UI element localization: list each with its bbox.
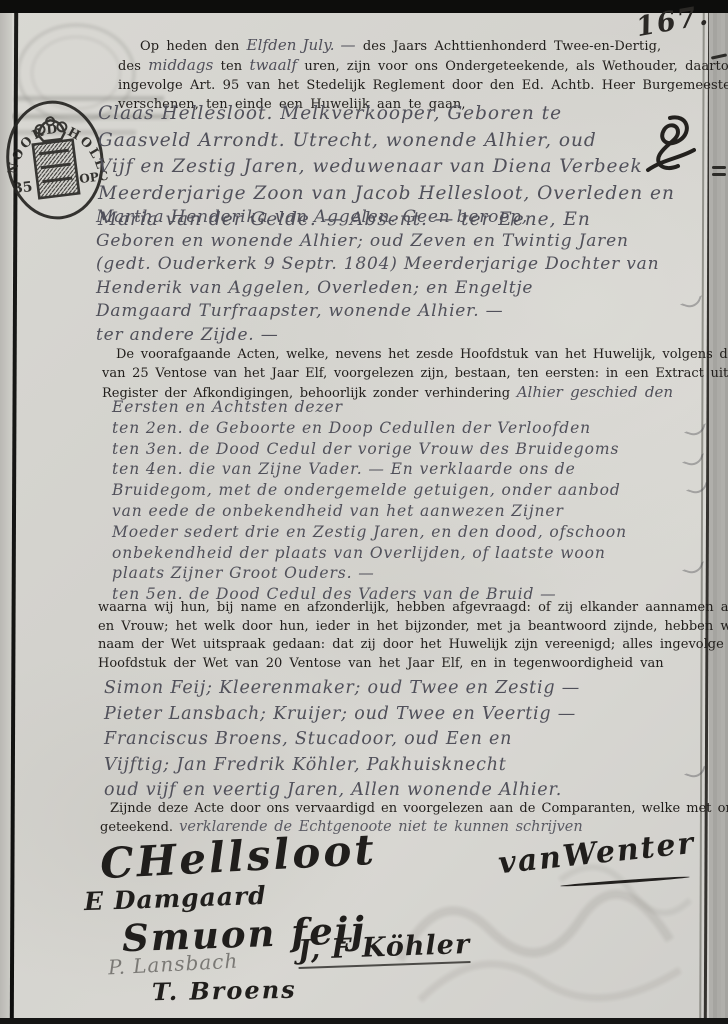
text-line: Martha Henderika van Aggelen. Geen beroe… (96, 206, 716, 230)
signature-broens: T. Broens (152, 975, 297, 1007)
text-line: des middags ten twaalf uren, zijn voor o… (118, 56, 718, 76)
printed-text: waarna wij hun, bij name en afzonderlijk… (98, 600, 728, 615)
handwritten-text: ten 3en. de Dood Cedul der vorige Vrouw … (112, 440, 619, 458)
printed-text: Hoofdstuk der Wet van 20 Ventose van het… (98, 656, 664, 671)
text-line: Vijftig; Jan Fredrik Köhler, Pakhuisknec… (104, 753, 720, 779)
text-line: Geboren en wonende Alhier; oud Zeven en … (96, 230, 716, 254)
handwritten-text: ten 2en. de Geboorte en Doop Cedullen de… (112, 419, 591, 437)
handwritten-text: Martha Henderika van Aggelen. Geen beroe… (96, 207, 528, 227)
text-line: naam der Wet uitspraak gedaan: dat zij d… (98, 636, 710, 655)
handwritten-text: Bruidegom, met de ondergemelde getuigen,… (112, 481, 621, 499)
preceding-acts-paragraph: De voorafgaande Acten, welke, nevens het… (102, 345, 712, 403)
handwritten-text: oud vijf en veertig Jaren, Allen wonende… (104, 780, 562, 800)
printed-text: van 25 Ventose van het Jaar Elf, voorgel… (102, 366, 728, 381)
stamp-value: 35 (12, 179, 33, 197)
text-line: (gedt. Ouderkerk 9 Septr. 1804) Meerderj… (96, 253, 716, 277)
printed-text: Op heden den (140, 39, 247, 54)
printed-text: ten (213, 59, 249, 74)
handwritten-text: Eersten en Achtsten dezer (112, 398, 343, 416)
text-line: en Vrouw; het welk door hun, ieder in he… (98, 618, 710, 637)
documents-list-paragraph: Eersten en Achtsten dezerten 2en. de Geb… (112, 397, 722, 605)
text-line: ten 4en. die van Zijne Vader. — En verkl… (112, 459, 722, 480)
printed-text: uren, zijn voor ons Ondergeteekende, als… (297, 59, 728, 74)
handwritten-text: Henderik van Aggelen, Overleden; en Enge… (96, 278, 533, 298)
handwritten-text: middags (148, 56, 213, 74)
text-line: ter andere Zijde. — (96, 324, 716, 348)
text-line: Vijf en Zestig Jaren, weduwenaar van Die… (98, 154, 718, 181)
text-line: Op heden den Elfden July. — des Jaars Ac… (118, 36, 718, 56)
text-line: Hoofdstuk der Wet van 20 Ventose van het… (98, 655, 710, 674)
text-line: onbekendheid der plaats van Overlijden, … (112, 543, 722, 564)
handwritten-text: Vijf en Zestig Jaren, weduwenaar van Die… (98, 156, 643, 177)
text-line: ingevolge Art. 95 van het Stedelijk Regl… (118, 76, 718, 95)
text-line: De voorafgaande Acten, welke, nevens het… (102, 345, 712, 364)
handwritten-text: Geboren en wonende Alhier; oud Zeven en … (96, 231, 629, 251)
printed-text: des Jaars Achttienhonderd Twee-en-Dertig… (356, 39, 662, 54)
handwritten-text: Meerderjarige Zoon van Jacob Hellesloot,… (98, 183, 675, 204)
handwritten-text: Gaasveld Arrondt. Utrecht, wonende Alhie… (98, 130, 597, 151)
handwritten-text: van eede de onbekendheid van het aanweze… (112, 502, 564, 520)
bride-paragraph: Martha Henderika van Aggelen. Geen beroe… (96, 206, 716, 347)
handwritten-text: Simon Feij; Kleerenmaker; oud Twee en Ze… (104, 678, 580, 698)
text-line: Meerderjarige Zoon van Jacob Hellesloot,… (98, 181, 718, 208)
text-line: Bruidegom, met de ondergemelde getuigen,… (112, 480, 722, 501)
text-line: Gaasveld Arrondt. Utrecht, wonende Alhie… (98, 128, 718, 155)
text-line: Franciscus Broens, Stucadoor, oud Een en (104, 727, 720, 753)
handwritten-text: Elfden July. — (247, 36, 356, 54)
handwritten-text: (gedt. Ouderkerk 9 Septr. 1804) Meerderj… (96, 254, 659, 274)
printed-text: naam der Wet uitspraak gedaan: dat zij d… (98, 637, 728, 652)
printed-text: en Vrouw; het welk door hun, ieder in he… (98, 619, 728, 634)
text-line: ten 2en. de Geboorte en Doop Cedullen de… (112, 418, 722, 439)
text-line: plaats Zijner Groot Ouders. — (112, 563, 722, 584)
text-line: Claas Hellesloot. Melkverkooper, Geboren… (98, 101, 718, 128)
handwritten-text: Moeder sedert drie en Zestig Jaren, en d… (112, 523, 627, 541)
text-line: Henderik van Aggelen, Overleden; en Enge… (96, 277, 716, 301)
witnesses-paragraph: Simon Feij; Kleerenmaker; oud Twee en Ze… (104, 676, 720, 804)
scan-edge-top (0, 0, 728, 13)
handwritten-text: Vijftig; Jan Fredrik Köhler, Pakhuisknec… (104, 755, 507, 775)
printed-text: geteekend. (100, 820, 179, 835)
scan-edge-bottom (0, 1018, 728, 1024)
handwritten-text: onbekendheid der plaats van Overlijden, … (112, 544, 606, 562)
printed-text: De voorafgaande Acten, welke, nevens het… (116, 347, 728, 362)
text-line: Pieter Lansbach; Kruijer; oud Twee en Ve… (104, 702, 720, 728)
handwritten-text: ten 4en. die van Zijne Vader. — En verkl… (112, 460, 576, 478)
text-line: van 25 Ventose van het Jaar Elf, voorgel… (102, 364, 712, 383)
handwritten-text: Franciscus Broens, Stucadoor, oud Een en (104, 729, 512, 749)
closing-paragraph: Zijnde deze Acte door ons vervaardigd en… (100, 799, 712, 837)
marriage-declaration-paragraph: waarna wij hun, bij name en afzonderlijk… (98, 599, 710, 673)
document-scan: 167. NOORD HOLLAND. 35 O (0, 0, 728, 1024)
handwritten-text: Claas Hellesloot. Melkverkooper, Geboren… (98, 103, 562, 124)
text-line: ten 3en. de Dood Cedul der vorige Vrouw … (112, 439, 722, 460)
text-line: Eersten en Achtsten dezer (112, 397, 722, 418)
printed-text: des (118, 59, 148, 74)
printed-text: ingevolge Art. 95 van het Stedelijk Regl… (118, 78, 728, 93)
text-line: Moeder sedert drie en Zestig Jaren, en d… (112, 522, 722, 543)
handwritten-text: plaats Zijner Groot Ouders. — (112, 564, 375, 582)
handwritten-text: ter andere Zijde. — (96, 325, 279, 345)
text-line: waarna wij hun, bij name en afzonderlijk… (98, 599, 710, 618)
handwritten-text: Pieter Lansbach; Kruijer; oud Twee en Ve… (104, 704, 576, 724)
signature-kohler: J, F Köhler (297, 929, 470, 969)
text-line: Simon Feij; Kleerenmaker; oud Twee en Ze… (104, 676, 720, 702)
signature-damgaard: E Damgaard (84, 881, 268, 916)
printed-text: Zijnde deze Acte door ons vervaardigd en… (110, 801, 728, 816)
handwritten-text: twaalf (249, 56, 297, 74)
text-line: Zijnde deze Acte door ons vervaardigd en… (100, 799, 712, 818)
text-line: Damgaard Turfraapster, wonende Alhier. — (96, 300, 716, 324)
handwritten-text: Damgaard Turfraapster, wonende Alhier. — (96, 301, 503, 321)
text-line: van eede de onbekendheid van het aanweze… (112, 501, 722, 522)
